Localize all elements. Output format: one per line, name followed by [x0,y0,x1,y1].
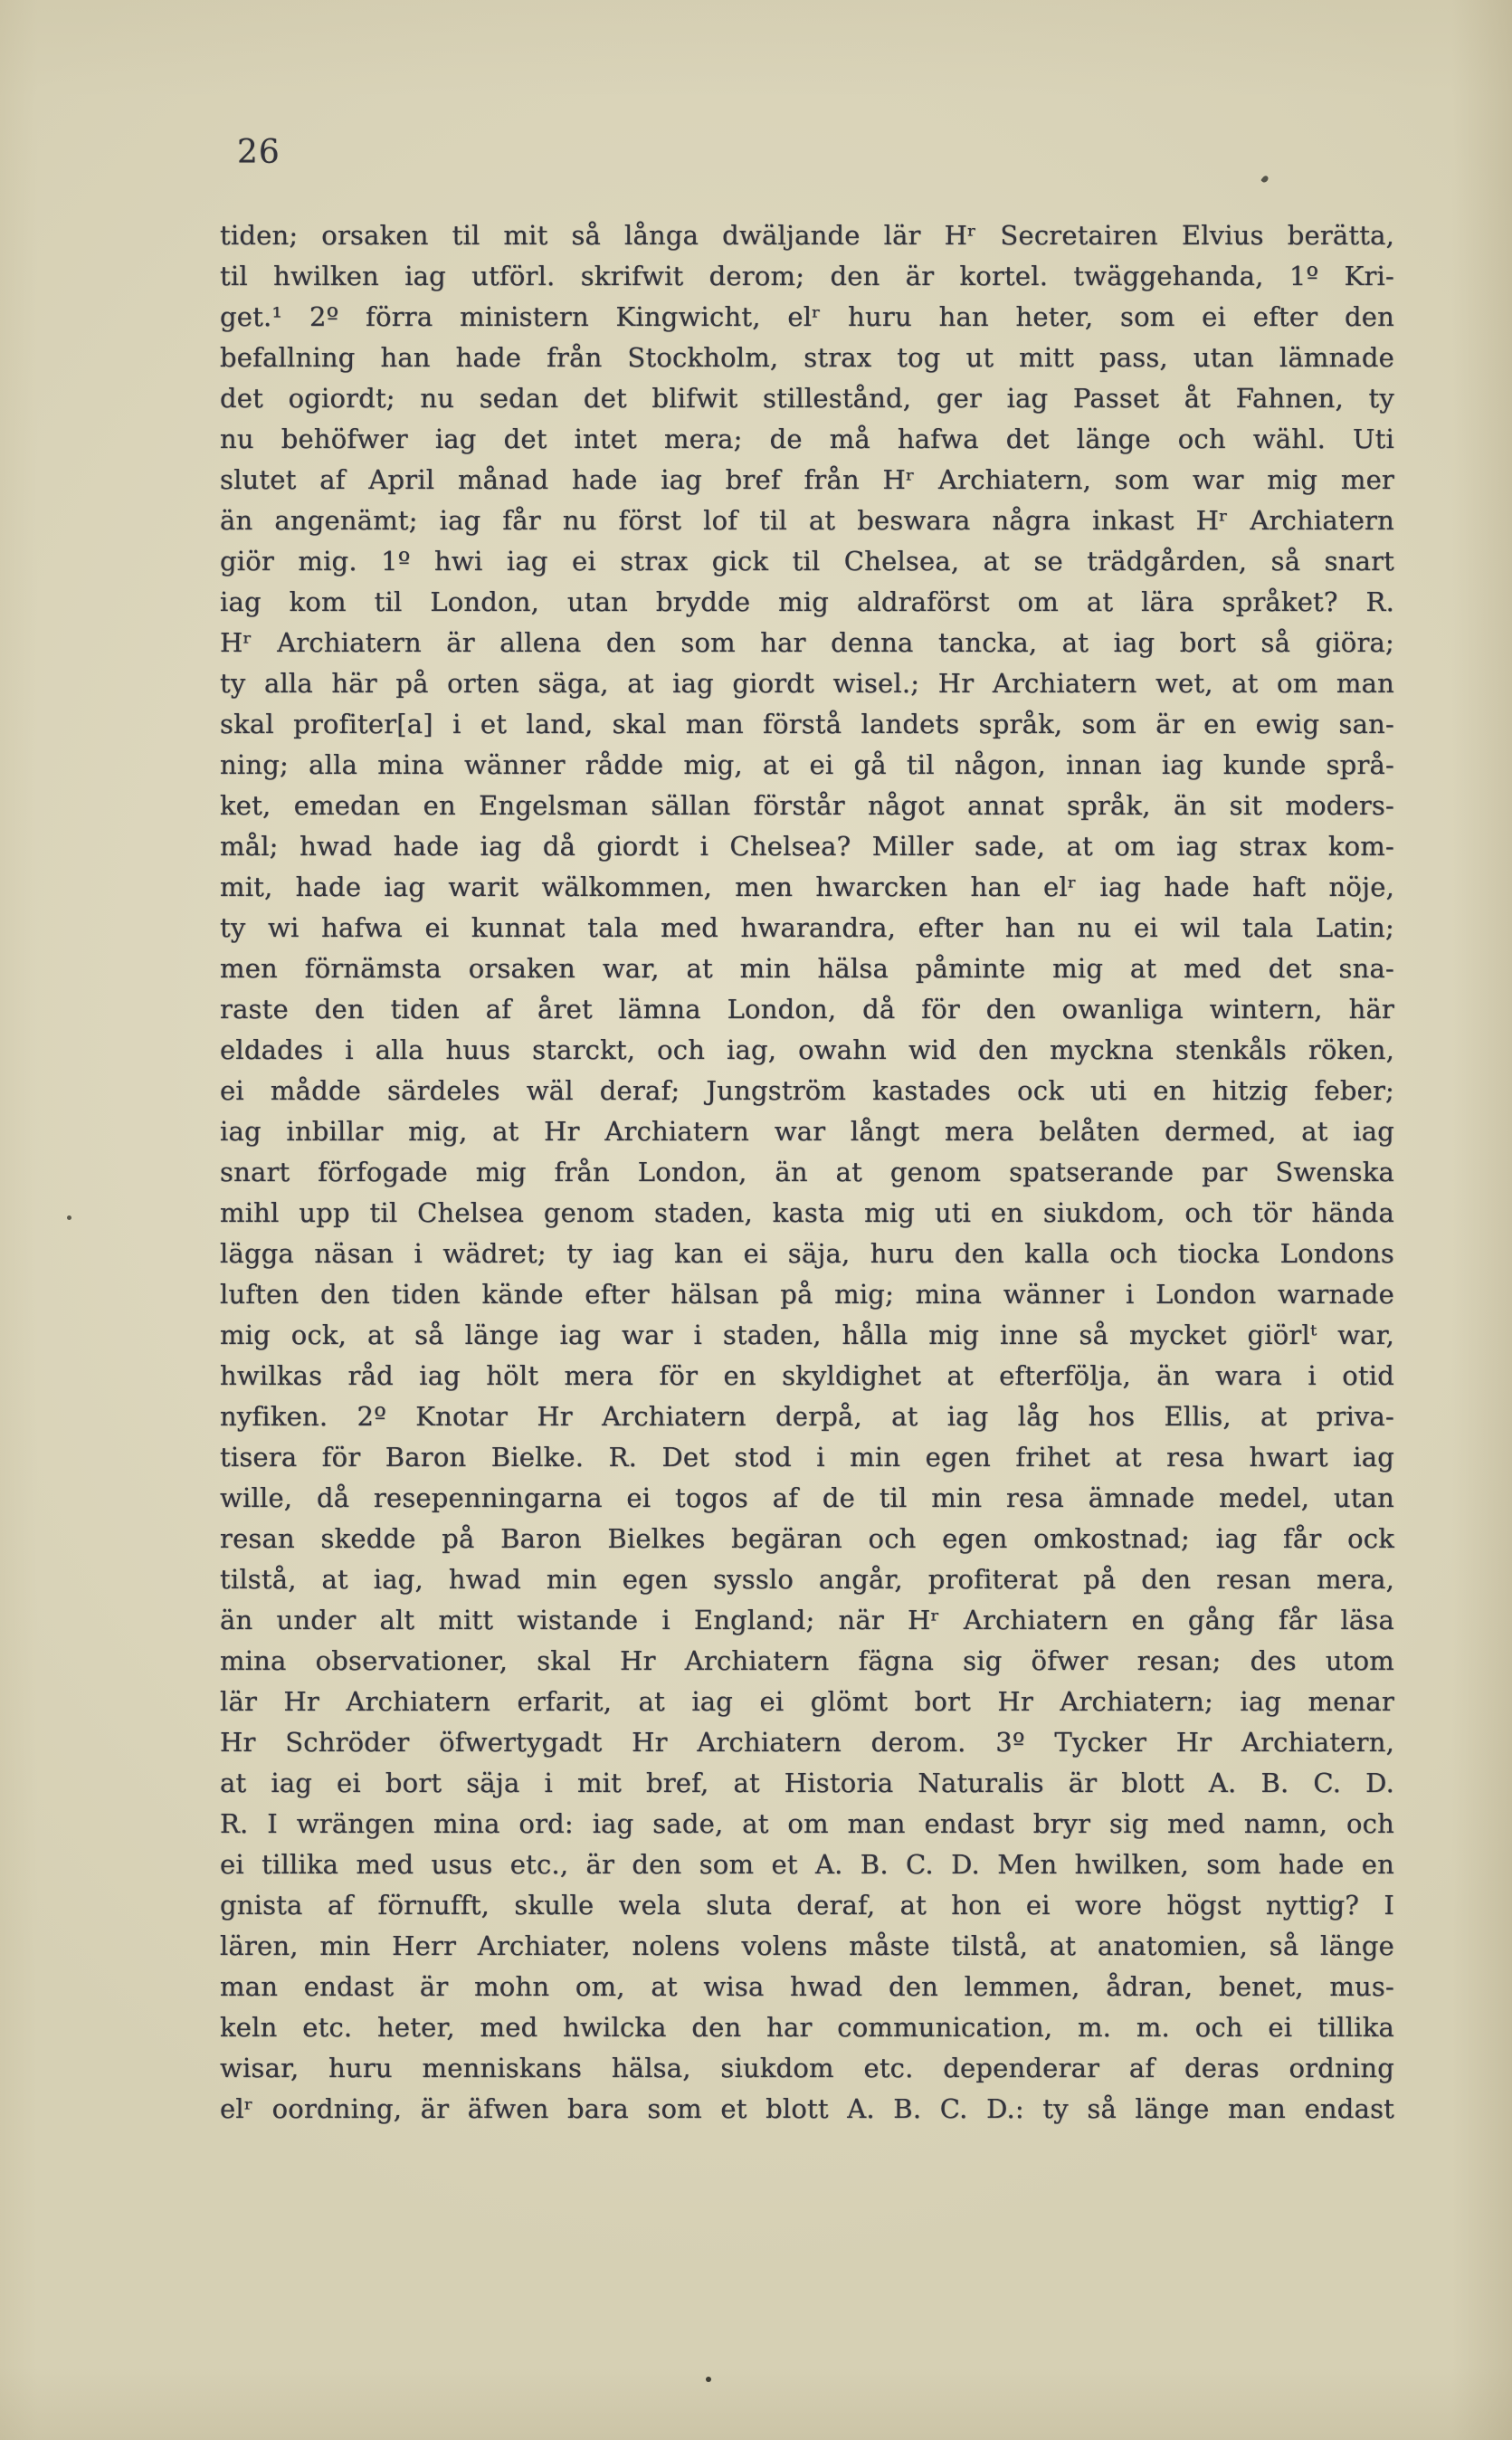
text-line: R. I wrängen mina ord: iag sade, at om m… [220,1804,1394,1844]
text-line: snart förfogade mig från London, än at g… [220,1152,1394,1193]
text-line: tiden; orsaken til mit så långa dwäljand… [220,215,1394,256]
text-line: lär Hr Archiatern erfarit, at iag ei glö… [220,1682,1394,1722]
text-line: nu behöfwer iag det intet mera; de må ha… [220,419,1394,460]
body-text: tiden; orsaken til mit så långa dwäljand… [220,215,1394,2130]
text-line: wisar, huru menniskans hälsa, siukdom et… [220,2048,1394,2089]
text-line: nyfiken. 2º Knotar Hr Archiatern derpå, … [220,1396,1394,1437]
text-line: ty wi hafwa ei kunnat tala med hwarandra… [220,908,1394,948]
text-line: än under alt mitt wistande i England; nä… [220,1600,1394,1641]
ink-speck [1260,175,1270,184]
text-line: mihl upp til Chelsea genom staden, kasta… [220,1193,1394,1234]
text-line: wille, då resepenningarna ei togos af de… [220,1478,1394,1519]
text-line: Hr Schröder öfwertygadt Hr Archiatern de… [220,1722,1394,1763]
text-line: raste den tiden af året lämna London, då… [220,989,1394,1030]
book-page: 26 tiden; orsaken til mit så långa dwälj… [0,0,1512,2440]
text-line: resan skedde på Baron Bielkes begäran oc… [220,1519,1394,1559]
text-line: hwilkas råd iag hölt mera för en skyldig… [220,1356,1394,1396]
ink-speck [706,2377,711,2382]
text-line: keln etc. heter, med hwilcka den har com… [220,2007,1394,2048]
text-line: ty alla här på orten säga, at iag giordt… [220,663,1394,704]
text-line: Hʳ Archiatern är allena den som har denn… [220,623,1394,663]
text-line: slutet af April månad hade iag bref från… [220,460,1394,500]
text-line: til hwilken iag utförl. skrifwit derom; … [220,256,1394,297]
text-line: luften den tiden kände efter hälsan på m… [220,1274,1394,1315]
text-line: ning; alla mina wänner rådde mig, at ei … [220,745,1394,786]
text-line: än angenämt; iag får nu först lof til at… [220,500,1394,541]
text-line: lägga näsan i wädret; ty iag kan ei säja… [220,1234,1394,1274]
page-number: 26 [237,134,281,171]
text-line: mig ock, at så länge iag war i staden, h… [220,1315,1394,1356]
text-line: lären, min Herr Archiater, nolens volens… [220,1926,1394,1967]
text-line: skal profiter[a] i et land, skal man för… [220,704,1394,745]
text-line: befallning han hade från Stockholm, stra… [220,338,1394,378]
text-line: ei mådde särdeles wäl deraf; Jungström k… [220,1071,1394,1111]
text-line: mit, hade iag warit wälkommen, men hwarc… [220,867,1394,908]
text-line: mina observationer, skal Hr Archiatern f… [220,1641,1394,1682]
text-line: giör mig. 1º hwi iag ei strax gick til C… [220,541,1394,582]
text-line: det ogiordt; nu sedan det blifwit stille… [220,378,1394,419]
text-line: iag kom til London, utan brydde mig aldr… [220,582,1394,623]
ink-speck [67,1215,71,1220]
text-line: at iag ei bort säja i mit bref, at Histo… [220,1763,1394,1804]
text-line: iag inbillar mig, at Hr Archiatern war l… [220,1111,1394,1152]
text-line: gnista af förnufft, skulle wela sluta de… [220,1885,1394,1926]
text-line: tilstå, at iag, hwad min egen sysslo ang… [220,1559,1394,1600]
text-line: elʳ oordning, är äfwen bara som et blott… [220,2089,1394,2130]
text-line: eldades i alla huus starckt, och iag, ow… [220,1030,1394,1071]
text-line: man endast är mohn om, at wisa hwad den … [220,1967,1394,2007]
text-line: ei tillika med usus etc., är den som et … [220,1844,1394,1885]
text-line: tisera för Baron Bielke. R. Det stod i m… [220,1437,1394,1478]
text-line: get.¹ 2º förra ministern Kingwicht, elʳ … [220,297,1394,338]
text-line: mål; hwad hade iag då giordt i Chelsea? … [220,826,1394,867]
text-line: men förnämsta orsaken war, at min hälsa … [220,948,1394,989]
text-line: ket, emedan en Engelsman sällan förstår … [220,786,1394,826]
